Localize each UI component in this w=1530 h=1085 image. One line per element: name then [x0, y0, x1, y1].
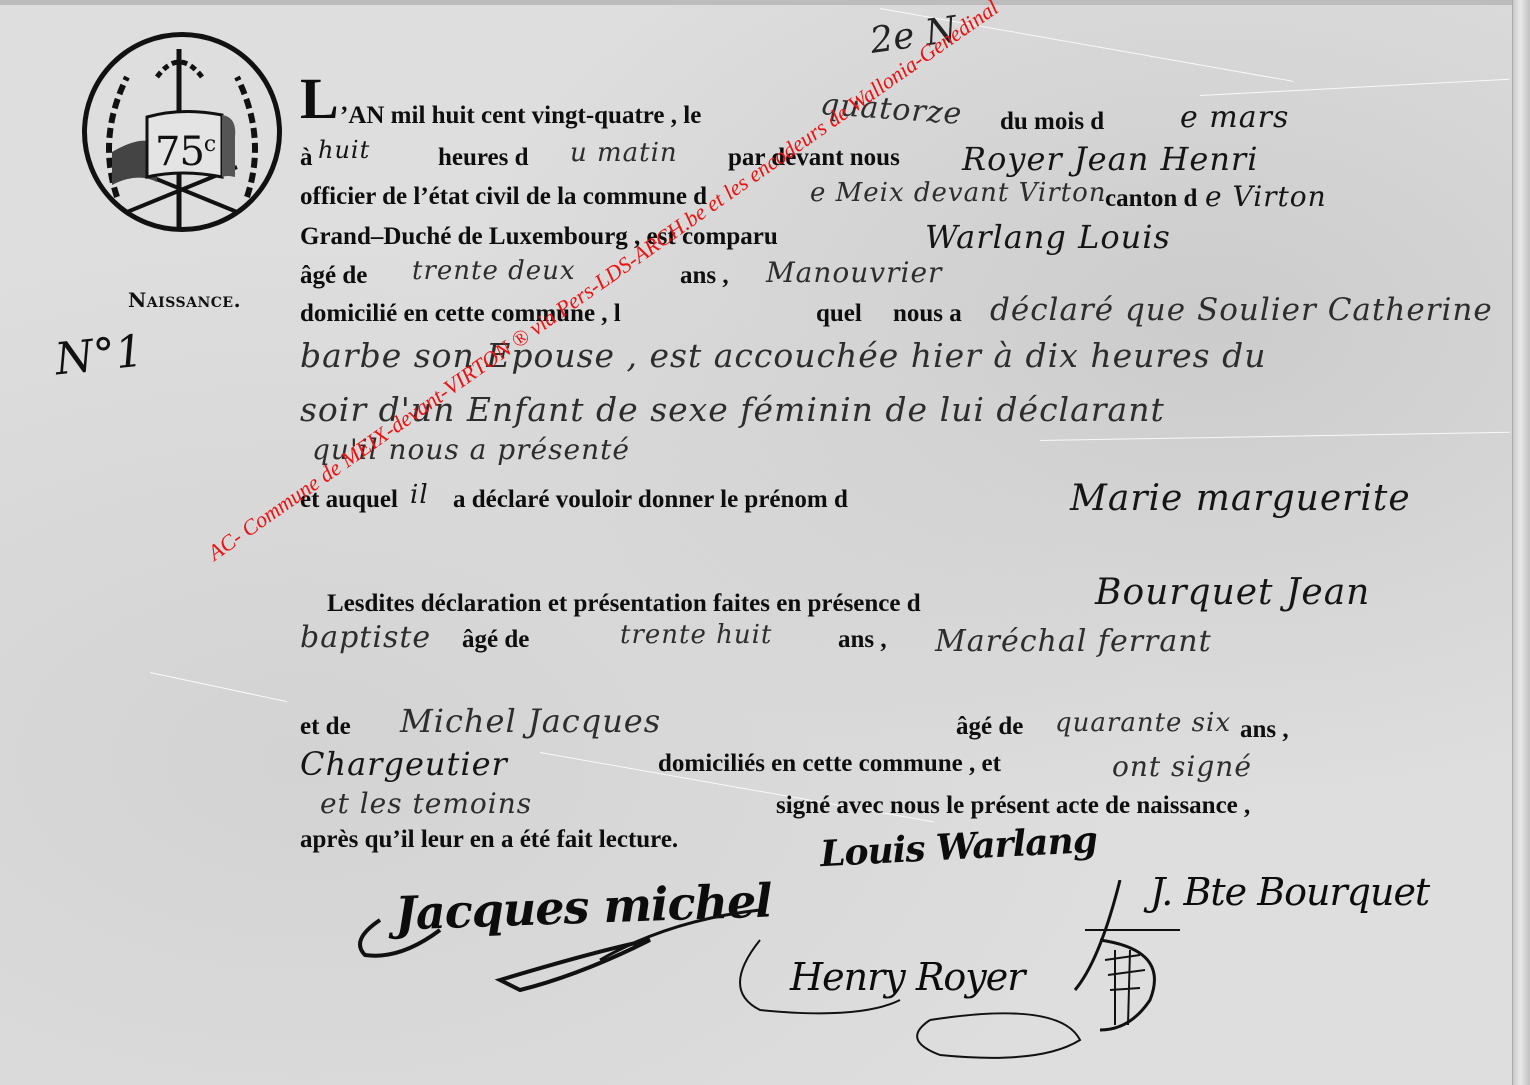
printed-line-16: après qu’il leur en a été fait lecture. — [300, 826, 678, 854]
handwritten-witness1-first: baptiste — [300, 620, 431, 655]
printed-line-12a: âgé de — [462, 626, 529, 654]
emblem-stamp: 75c — [82, 32, 282, 232]
printed-line-3b: canton d — [1105, 185, 1197, 213]
page-right-edge — [1512, 0, 1530, 1085]
handwritten-month: e mars — [1180, 100, 1289, 135]
printed-line-15: signé avec nous le présent acte de naiss… — [776, 792, 1250, 820]
printed-line-5a: âgé de — [300, 262, 367, 290]
paper-crease — [1200, 79, 1510, 96]
paper-crease — [150, 672, 287, 702]
handwritten-declarant: Warlang Louis — [925, 218, 1171, 256]
handwritten-hour: huit — [318, 136, 370, 164]
handwritten-witness1: Bourquet Jean — [1095, 572, 1370, 613]
printed-line-13c: ans , — [1240, 716, 1289, 744]
printed-line-6b: quel — [816, 300, 862, 328]
handwritten-pronoun: il — [410, 480, 429, 510]
handwritten-witness1-occupation: Maréchal ferrant — [935, 624, 1212, 659]
printed-line-2b: heures d — [438, 144, 529, 172]
record-number: N°1 — [53, 326, 146, 386]
handwritten-commune: e Meix devant Virton — [810, 178, 1107, 208]
handwritten-declarant-occupation: Manouvrier — [766, 256, 942, 289]
handwritten-witness1-age: trente huit — [620, 620, 772, 650]
handwritten-witness2-age: quarante six — [1055, 708, 1231, 738]
emblem-number: 75c — [155, 129, 215, 175]
printed-line-5b: ans , — [680, 262, 729, 290]
handwritten-signed-note-2: et les temoins — [320, 787, 532, 820]
handwritten-witness2: Michel Jacques — [400, 702, 661, 740]
printed-line-1a: ’AN mil huit cent vingt-quatre , le — [340, 102, 701, 130]
handwritten-canton: e Virton — [1205, 180, 1327, 213]
printed-line-12b: ans , — [838, 626, 887, 654]
printed-line-14a: domiciliés en cette commune , et — [658, 750, 1001, 778]
paper-crease — [1040, 432, 1510, 441]
printed-line-2a: à — [300, 144, 313, 172]
printed-line-13a: et de — [300, 713, 351, 741]
printed-line-1b: du mois d — [1000, 108, 1104, 136]
handwritten-officer: Royer Jean Henri — [962, 140, 1258, 178]
handwritten-given-name: Marie marguerite — [1070, 478, 1411, 519]
signature-declarant: Louis Warlang — [819, 819, 1098, 875]
handwritten-witness2-occupation: Chargeutier — [300, 745, 508, 783]
drop-cap: L — [300, 70, 339, 128]
handwritten-line-7: barbe son Epouse , est accouchée hier à … — [300, 336, 1266, 375]
handwritten-time-of-day: u matin — [570, 138, 678, 168]
document-page: 75c Naissance. N°1 2e N L ’AN mil huit c… — [0, 0, 1512, 1085]
printed-line-3a: officier de l’état civil de la commune d — [300, 183, 707, 211]
page-top-edge — [0, 0, 1530, 5]
printed-line-4: Grand–Duché de Luxembourg , est comparu — [300, 223, 778, 251]
printed-line-6c: nous a — [893, 300, 962, 328]
handwritten-declarant-age: trente deux — [412, 256, 576, 286]
printed-line-10b: a déclaré vouloir donner le prénom d — [453, 486, 848, 514]
handwritten-declaration-1: déclaré que Soulier Catherine — [990, 292, 1493, 328]
handwritten-signed-note: ont signé — [1112, 750, 1252, 783]
printed-line-13b: âgé de — [956, 713, 1023, 741]
signature-flourish-icon — [340, 880, 1200, 1080]
section-label: Naissance. — [128, 288, 241, 312]
printed-line-11: Lesdites déclaration et présentation fai… — [327, 590, 921, 618]
